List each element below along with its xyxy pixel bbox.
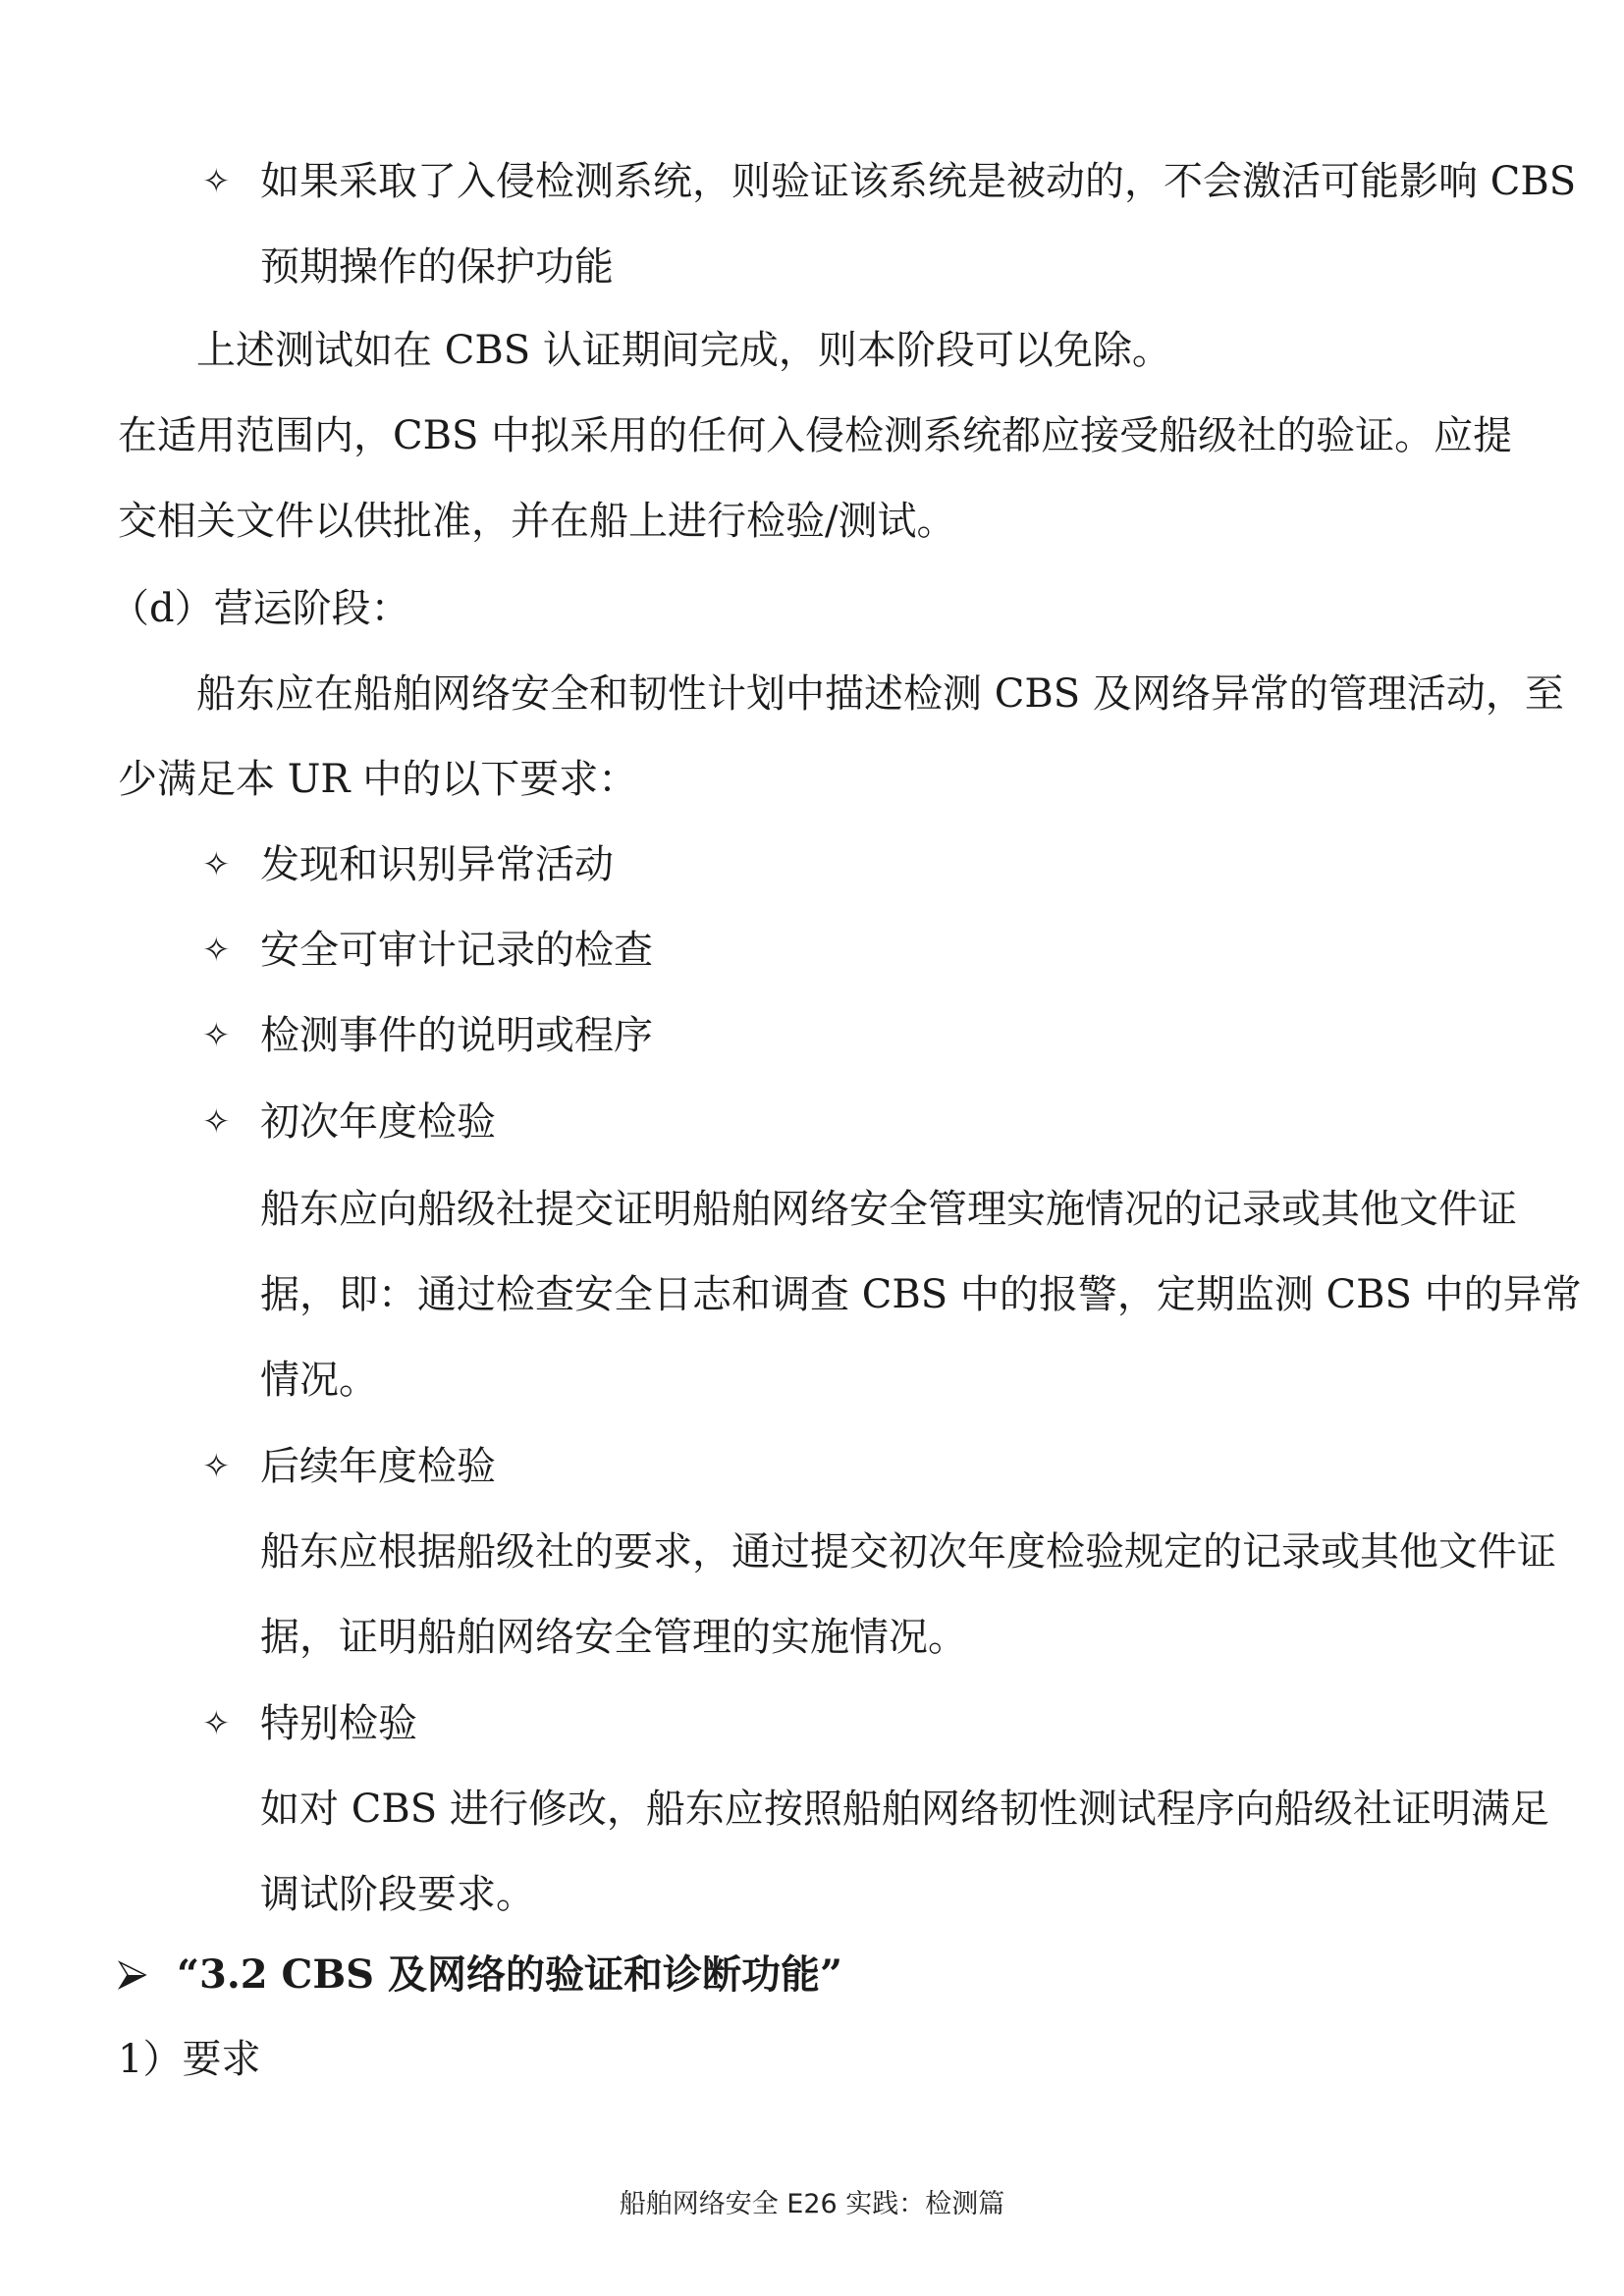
requirement-incident-procedure: 检测事件的说明或程序: [260, 1012, 653, 1059]
subsequent-annual-survey-text-line1: 船东应根据船级社的要求，通过提交初次年度检验规定的记录或其他文件证: [260, 1528, 1505, 1575]
first-annual-survey-text-line2: 据，即：通过检查安全日志和调查 CBS 中的报警，定期监测 CBS 中的异常: [260, 1271, 1505, 1318]
diamond-bullet-icon: ✧: [202, 1700, 231, 1747]
document-page: ✧ 如果采取了入侵检测系统，则验证该系统是被动的，不会激活可能影响 CBS 预期…: [0, 0, 1624, 2296]
arrowhead-bullet-icon: [118, 1960, 147, 1990]
section-heading-3-2: “3.2 CBS 及网络的验证和诊断功能”: [177, 1951, 842, 1999]
paragraph-shipowner-line1: 船东应在船舶网络安全和韧性计划中描述检测 CBS 及网络异常的管理活动，至: [196, 670, 1506, 718]
diamond-bullet-icon: ✧: [202, 1098, 231, 1146]
paragraph-applicability-line1: 在适用范围内，CBS 中拟采用的任何入侵检测系统都应接受船级社的验证。应提: [118, 412, 1506, 459]
paragraph-shipowner-line2: 少满足本 UR 中的以下要求：: [118, 756, 637, 803]
paragraph-exemption: 上述测试如在 CBS 认证期间完成，则本阶段可以免除。: [196, 327, 1171, 374]
first-annual-survey-text-line1: 船东应向船级社提交证明船舶网络安全管理实施情况的记录或其他文件证: [260, 1186, 1505, 1233]
diamond-bullet-icon: ✧: [202, 1012, 231, 1059]
bullet-ids-passive-line2: 预期操作的保护功能: [260, 243, 614, 291]
section-d-operation-stage: （d）营运阶段：: [110, 585, 410, 632]
diamond-bullet-icon: ✧: [202, 158, 231, 205]
requirement-audit-records: 安全可审计记录的检查: [260, 927, 653, 974]
diamond-bullet-icon: ✧: [202, 1443, 231, 1490]
special-survey-text-line2: 调试阶段要求。: [260, 1871, 535, 1918]
bullet-ids-passive-line1: 如果采取了入侵检测系统，则验证该系统是被动的，不会激活可能影响 CBS: [260, 158, 1505, 205]
diamond-bullet-icon: ✧: [202, 927, 231, 974]
page-footer: 船舶网络安全 E26 实践：检测篇: [0, 2188, 1624, 2221]
requirement-detect-anomalies: 发现和识别异常活动: [260, 841, 614, 888]
requirement-subsequent-annual-survey: 后续年度检验: [260, 1443, 496, 1490]
special-survey-text-line1: 如对 CBS 进行修改，船东应按照船舶网络韧性测试程序向船级社证明满足: [260, 1786, 1505, 1833]
subsequent-annual-survey-text-line2: 据，证明船舶网络安全管理的实施情况。: [260, 1614, 967, 1661]
requirement-special-survey: 特别检验: [260, 1700, 417, 1747]
numbered-item-requirements: 1）要求: [118, 2036, 260, 2083]
paragraph-applicability-line2: 交相关文件以供批准，并在船上进行检验/测试。: [118, 498, 955, 545]
diamond-bullet-icon: ✧: [202, 841, 231, 888]
first-annual-survey-text-line3: 情况。: [260, 1357, 378, 1404]
requirement-first-annual-survey: 初次年度检验: [260, 1098, 496, 1146]
